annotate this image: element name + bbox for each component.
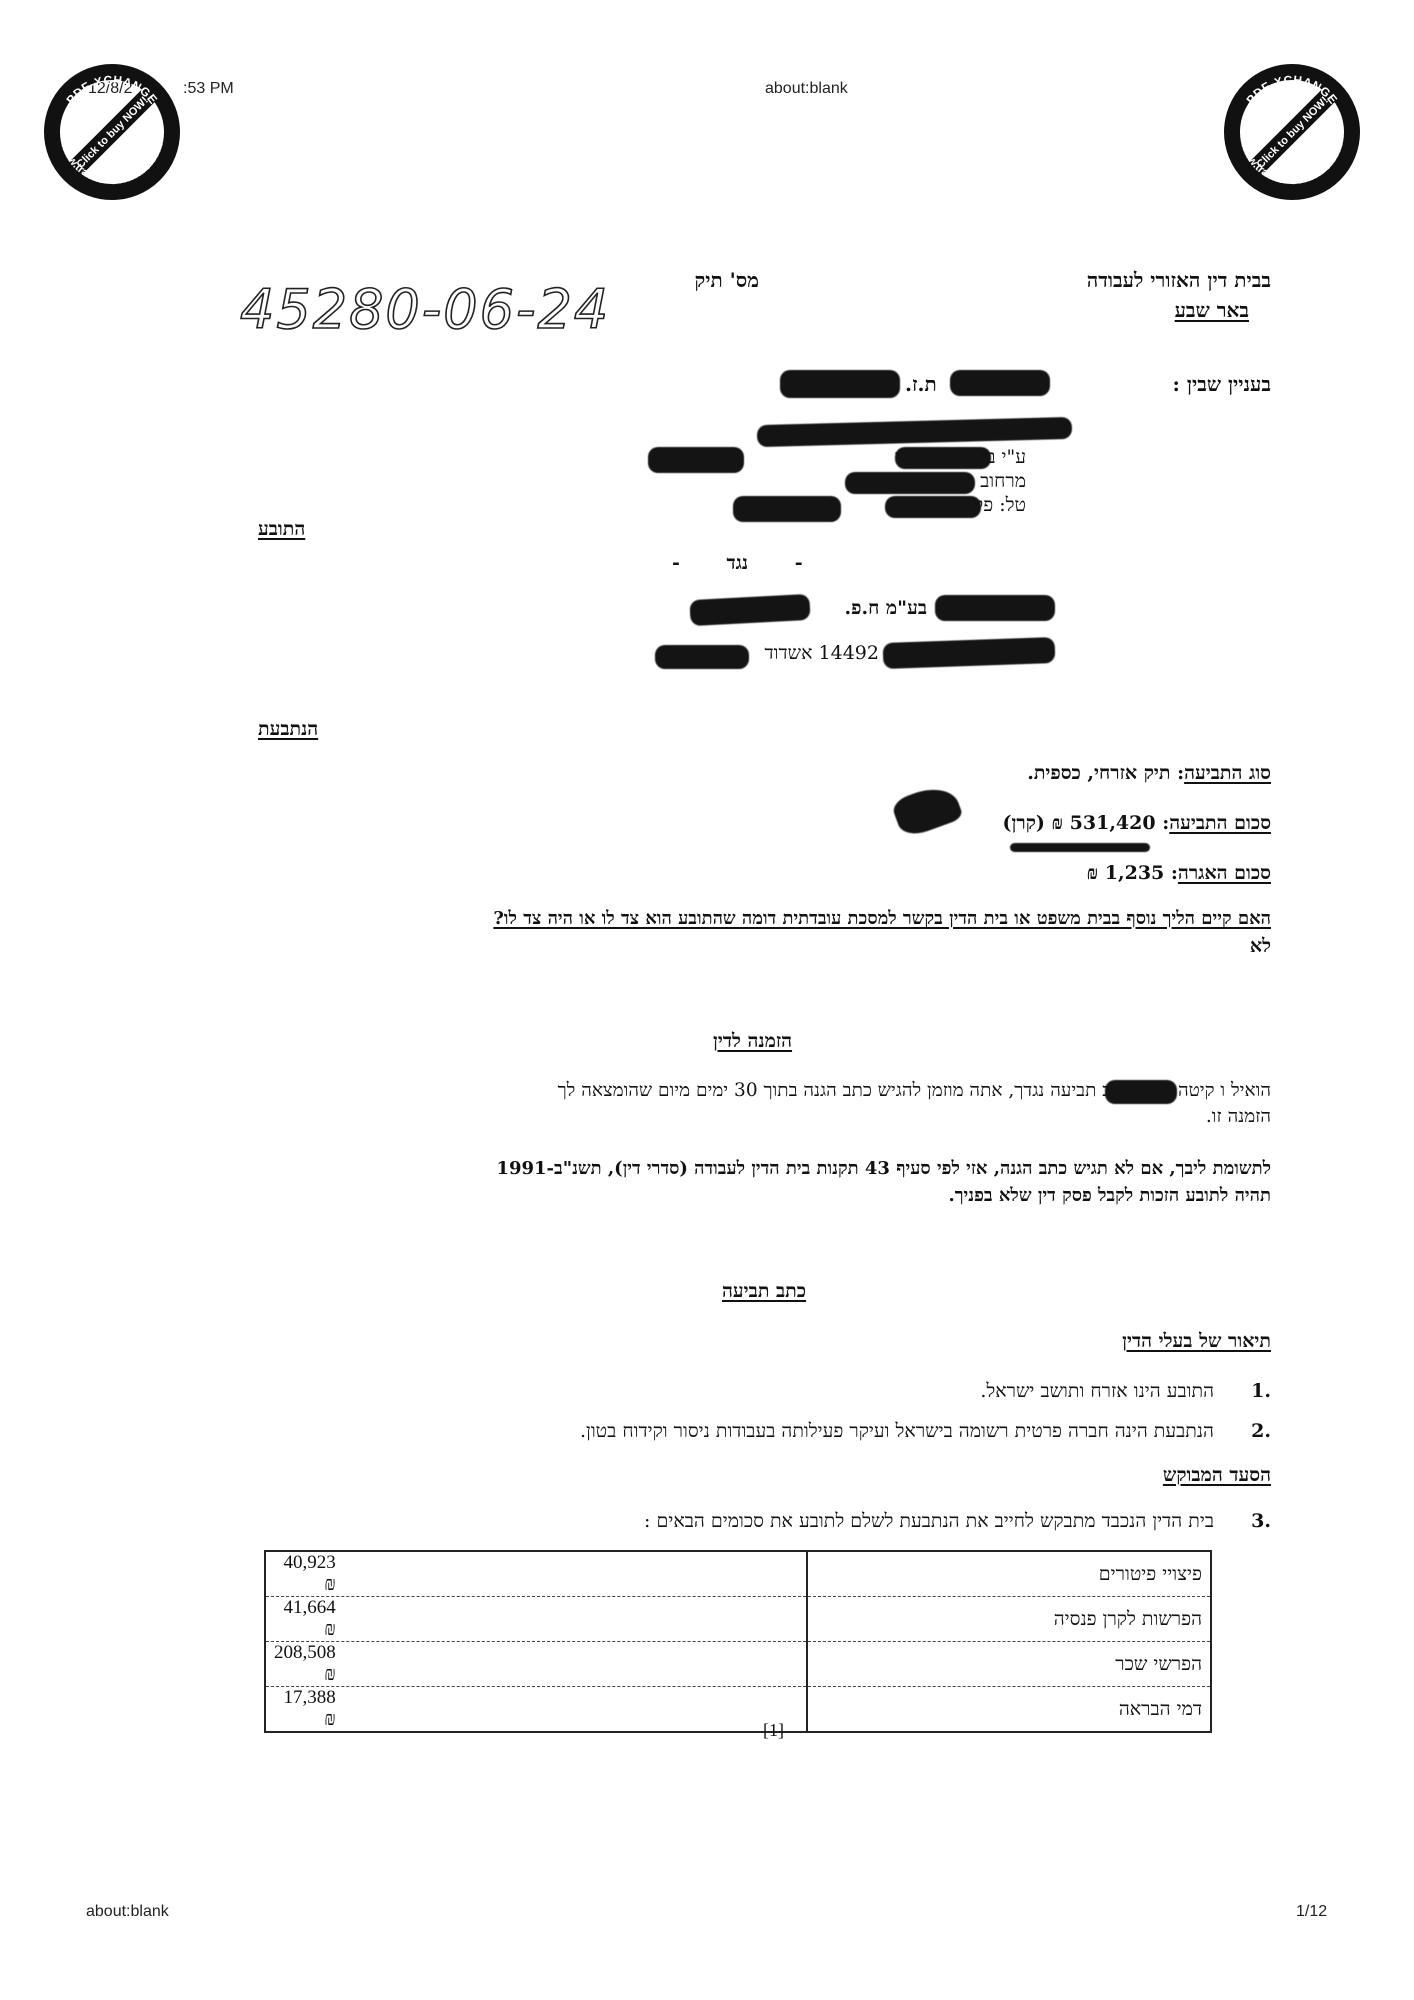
redaction-company-id [689, 594, 810, 626]
item-2-text: הנתבעת הינה חברה פרטית רשומה בישראל ועיק… [580, 1420, 1214, 1443]
redaction-lawyer-1 [895, 447, 991, 469]
relief-amount-cell: 17,388 ₪ [265, 1687, 807, 1733]
claim-amount-value: : 531,420 ₪ (קרן) [1003, 812, 1170, 834]
summons-paragraph-2-line-2: תהיה לתובע הזכות לקבל פסק דין שלא בפניך. [948, 1185, 1271, 1206]
relief-amount-cell: 40,923 ₪ [265, 1551, 807, 1597]
redaction-defendant-street [883, 637, 1056, 669]
table-row: 41,664 ₪הפרשות לקרן פנסיה [265, 1597, 1211, 1642]
claim-type-value: : תיק אזרחי, כספית. [1027, 762, 1184, 784]
print-footer-url: about:blank [86, 1903, 169, 1921]
redaction-plaintiff-in-summons [1105, 1080, 1177, 1104]
relief-amount-cell: 41,664 ₪ [265, 1597, 807, 1642]
other-case-answer: לא [1250, 935, 1271, 958]
print-datetime-right: :53 PM [183, 80, 234, 98]
relief-label-cell: הפרשות לקרן פנסיה [807, 1597, 1211, 1642]
redaction-fax [733, 496, 841, 522]
claim-amount-label: סכום התביעה [1169, 812, 1271, 834]
redaction-strikethrough [1010, 843, 1150, 852]
item-3-number: 3. [1251, 1510, 1271, 1532]
relief-label-cell: הפרשי שכר [807, 1642, 1211, 1687]
table-row: 17,388 ₪דמי הבראה [265, 1687, 1211, 1733]
other-case-question: האם קיים הליך נוסף בבית משפט או בית הדין… [261, 908, 1271, 929]
redaction-scribble [890, 780, 964, 839]
court-name: בבית דין האזורי לעבודה [1087, 268, 1271, 293]
summons-paragraph-2-line-1: לתשומת ליבך, אם לא תגיש כתב הגנה, אזי לפ… [261, 1158, 1271, 1179]
claim-amount-row: סכום התביעה: 531,420 ₪ (קרן) [1003, 812, 1271, 835]
plaintiff-id-label: ת.ז. [905, 372, 937, 397]
relief-label-cell: דמי הבראה [807, 1687, 1211, 1733]
redaction-lawyer-2 [648, 447, 744, 473]
svg-text:45280-06-24: 45280-06-24 [240, 278, 605, 341]
print-page-counter: 1/12 [1296, 1903, 1327, 1921]
plaintiff-role-label: התובע [258, 518, 305, 541]
item-3-text: בית הדין הנכבד מתבקש לחייב את הנתבעת לשל… [644, 1510, 1214, 1533]
relief-amounts-table: 40,923 ₪פיצויי פיטורים41,664 ₪הפרשות לקר… [264, 1550, 1212, 1733]
between-label: בעניין שבין : [1173, 372, 1272, 397]
svg-text:Click to buy NOW!: Click to buy NOW! [1255, 95, 1331, 171]
claim-type-row: סוג התביעה: תיק אזרחי, כספית. [1027, 762, 1271, 785]
handwritten-file-number: 45280-06-24 [235, 270, 605, 355]
statement-of-claim-title: כתב תביעה [722, 1280, 806, 1303]
parties-description-heading: תיאור של בעלי הדין [1122, 1330, 1271, 1353]
svg-text:Click to buy NOW!: Click to buy NOW! [75, 95, 151, 171]
summons-title: הזמנה לדין [713, 1030, 792, 1053]
page-number: [1] [763, 1720, 784, 1741]
claim-type-label: סוג התביעה [1184, 762, 1271, 784]
item-1-text: התובע הינו אזרח ותושב ישראל. [980, 1380, 1214, 1403]
relief-label-cell: פיצויי פיטורים [807, 1551, 1211, 1597]
no-sign-icon: PDF-XCHANGE www.tracker-software.com Cli… [1222, 62, 1362, 202]
pdf-xchange-watermark-stamp-left[interactable]: PDF-XCHANGE www.tracker-software.com Cli… [42, 62, 182, 202]
summons-paragraph-1-line-2: הזמנה זו. [1206, 1106, 1271, 1128]
file-number-label: מס' תיק [695, 268, 759, 293]
redaction-defendant-name [935, 595, 1055, 621]
table-row: 40,923 ₪פיצויי פיטורים [265, 1551, 1211, 1597]
defendant-address-line: 14492 אשדוד [765, 642, 879, 665]
redaction-plaintiff-id [780, 370, 900, 398]
relief-amount-cell: 208,508 ₪ [265, 1642, 807, 1687]
print-header-url: about:blank [765, 80, 848, 98]
fee-label: סכום האגרה [1178, 862, 1271, 884]
redaction-phone [885, 496, 981, 518]
fee-row: סכום האגרה: 1,235 ₪ [1087, 862, 1271, 885]
item-2-number: 2. [1251, 1420, 1271, 1442]
fee-value: : 1,235 ₪ [1087, 862, 1178, 884]
court-city: באר שבע [1175, 298, 1249, 323]
table-row: 208,508 ₪הפרשי שכר [265, 1642, 1211, 1687]
redaction-plaintiff-name [950, 370, 1050, 396]
no-sign-icon: PDF-XCHANGE www.tracker-software.com Cli… [42, 62, 182, 202]
pdf-xchange-watermark-stamp-right[interactable]: PDF-XCHANGE www.tracker-software.com Cli… [1222, 62, 1362, 202]
redaction-address [845, 472, 975, 494]
defendant-role-label: הנתבעת [258, 718, 318, 741]
redaction-defendant-city [655, 645, 749, 669]
item-1-number: 1. [1251, 1380, 1271, 1402]
versus-label: - נגד - [672, 552, 803, 575]
defendant-company-line: בע"מ ח.פ. [845, 597, 928, 620]
relief-heading: הסעד המבוקש [1163, 1464, 1271, 1487]
redaction-line [757, 417, 1072, 447]
